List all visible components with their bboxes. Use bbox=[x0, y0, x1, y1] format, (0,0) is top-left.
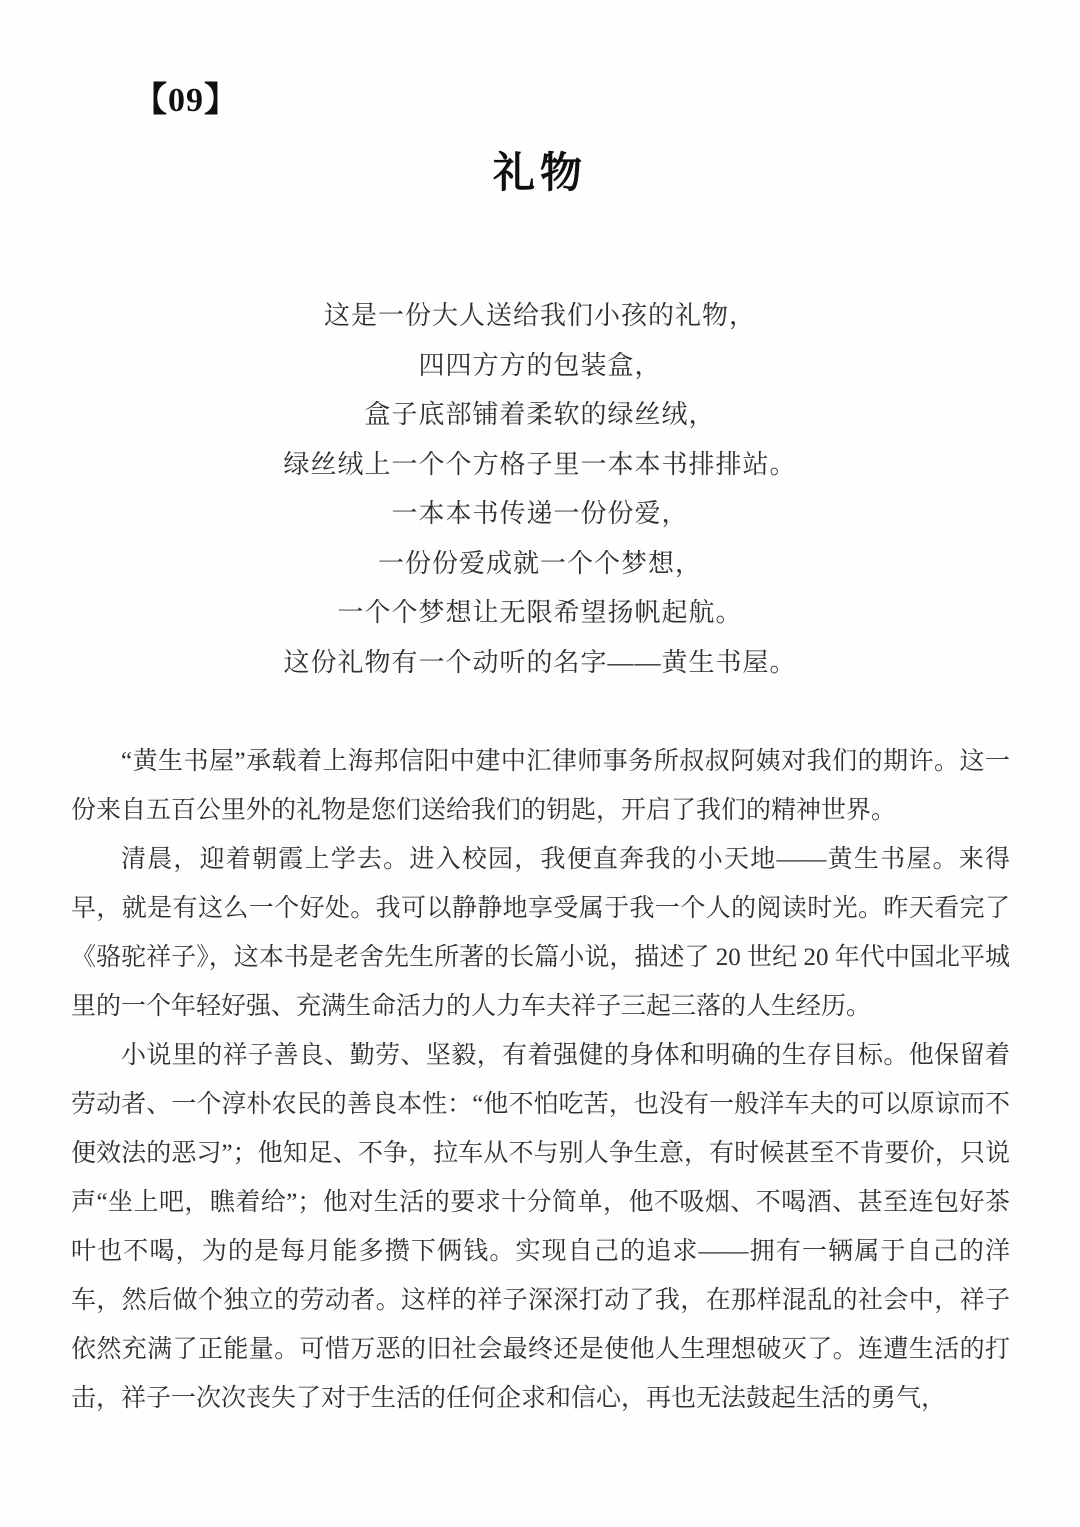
page-number-label: 【09】 bbox=[133, 72, 239, 121]
poem-line: 一个个梦想让无限希望扬帆起航。 bbox=[0, 588, 1080, 638]
body-paragraph: 小说里的祥子善良、勤劳、坚毅，有着强健的身体和明确的生存目标。他保留着劳动者、一… bbox=[71, 1031, 1010, 1423]
page-title: 礼物 bbox=[0, 140, 1080, 200]
poem-line: 这份礼物有一个动听的名字——黄生书屋。 bbox=[0, 638, 1080, 688]
poem-line: 绿丝绒上一个个方格子里一本本书排排站。 bbox=[0, 440, 1080, 490]
poem-line: 一份份爱成就一个个梦想， bbox=[0, 539, 1080, 589]
body-paragraph: 清晨，迎着朝霞上学去。进入校园，我便直奔我的小天地——黄生书屋。来得早，就是有这… bbox=[71, 835, 1010, 1031]
document-page: 【09】 礼物 这是一份大人送给我们小孩的礼物， 四四方方的包装盒， 盒子底部铺… bbox=[0, 0, 1080, 1527]
poem-line: 四四方方的包装盒， bbox=[0, 341, 1080, 391]
body-paragraph: “黄生书屋”承载着上海邦信阳中建中汇律师事务所叔叔阿姨对我们的期许。这一份来自五… bbox=[71, 737, 1010, 835]
poem-block: 这是一份大人送给我们小孩的礼物， 四四方方的包装盒， 盒子底部铺着柔软的绿丝绒，… bbox=[0, 291, 1080, 687]
poem-line: 一本本书传递一份份爱， bbox=[0, 489, 1080, 539]
essay-body: “黄生书屋”承载着上海邦信阳中建中汇律师事务所叔叔阿姨对我们的期许。这一份来自五… bbox=[71, 737, 1010, 1423]
poem-line: 盒子底部铺着柔软的绿丝绒， bbox=[0, 390, 1080, 440]
poem-line: 这是一份大人送给我们小孩的礼物， bbox=[0, 291, 1080, 341]
